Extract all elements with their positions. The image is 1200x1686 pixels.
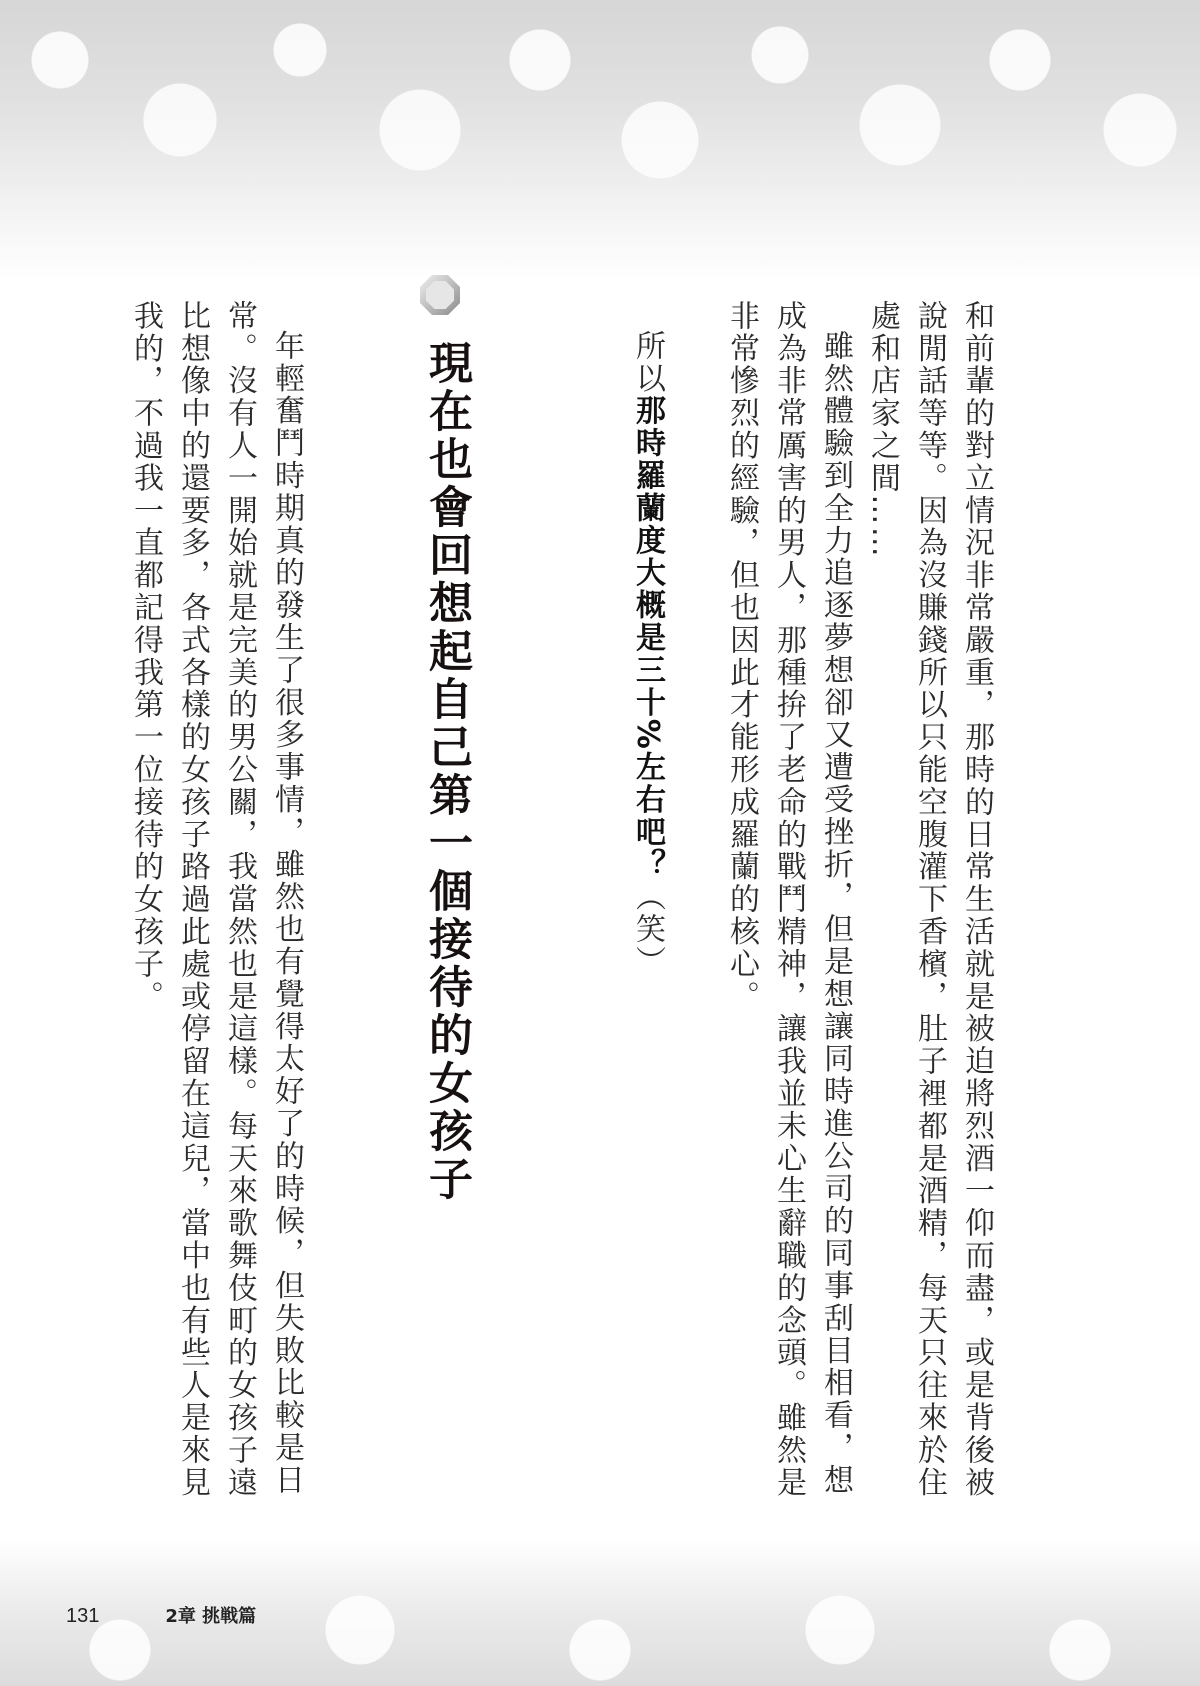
paragraph-1: 和前輩的對立情況非常嚴重，那時的日常生活就是被迫將烈酒一仰而盡，或是背後被說閒話… — [859, 300, 1000, 1500]
paragraph-2: 雖然體驗到全力追逐夢想卻又遭受挫折，但是想讓同時進公司的同事刮目相看，想成為非常… — [718, 300, 859, 1500]
section-heading-block: 現在也會回想起自己第一個接待的女孩子 — [410, 275, 470, 1235]
section-paragraph-1: 年輕奮鬥時期真的發生了很多事情，雖然也有覺得太好了的時候，但失敗比較是日常。沒有… — [122, 300, 310, 1500]
section-heading: 現在也會回想起自己第一個接待的女孩子 — [414, 340, 478, 1204]
paragraph-3: 所以那時羅蘭度大概是三十%左右吧？（笑） — [624, 300, 671, 1500]
octagon-bullet-icon — [420, 275, 460, 315]
page-number: 131 — [66, 1605, 99, 1628]
body-text-vertical: 和前輩的對立情況非常嚴重，那時的日常生活就是被迫將烈酒一仰而盡，或是背後被說閒話… — [577, 300, 1000, 1500]
paragraph-3-suffix: （笑） — [630, 881, 665, 978]
page-footer: 131 2章 挑戦篇 — [66, 1602, 256, 1628]
decorative-damask-header — [0, 0, 1200, 280]
chapter-title: 2章 挑戦篇 — [165, 1602, 256, 1628]
section-body-text-vertical: 年輕奮鬥時期真的發生了很多事情，雖然也有覺得太好了的時候，但失敗比較是日常。沒有… — [122, 300, 310, 1500]
paragraph-3-emphasis: 那時羅蘭度大概是三十%左右吧？ — [630, 395, 665, 881]
paragraph-3-prefix: 所以 — [630, 330, 665, 395]
